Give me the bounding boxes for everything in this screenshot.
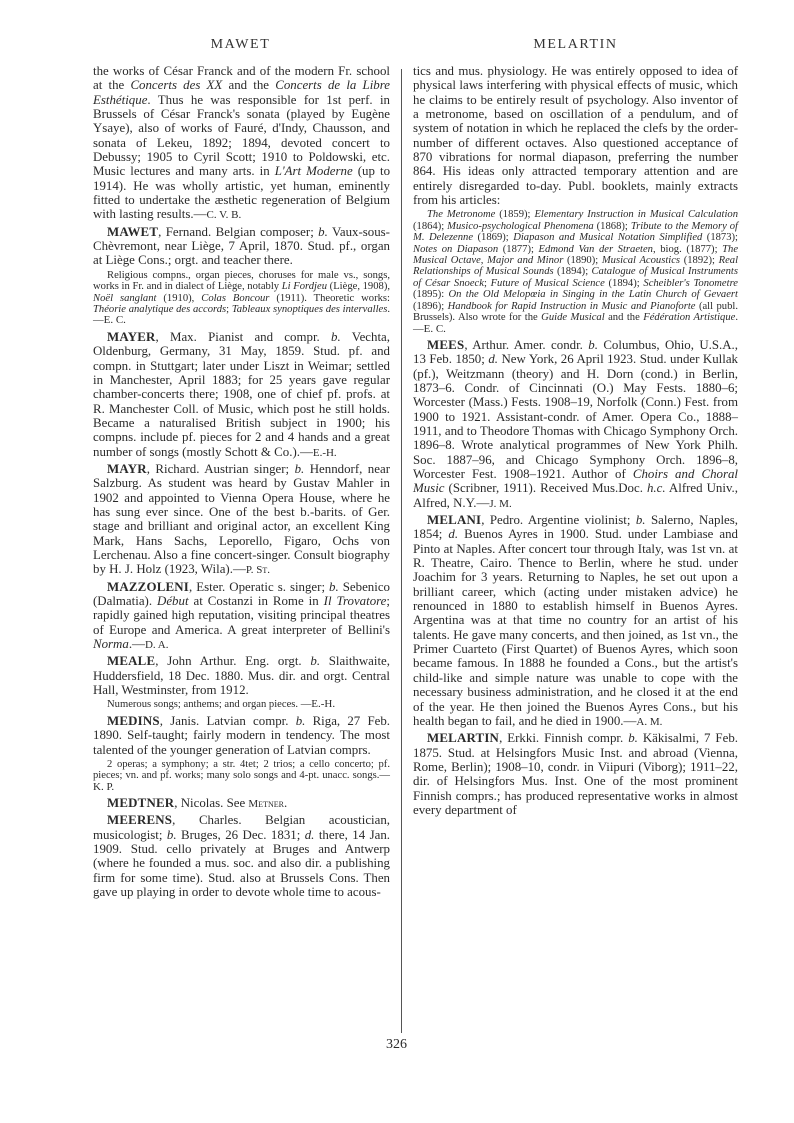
headword: MEERENS <box>107 813 172 827</box>
entry-mawet: MAWET, Fernand. Belgian composer; b. Vau… <box>93 225 390 268</box>
work-title: Fédération Artistique <box>643 312 735 323</box>
work-title: Diapason and Musical Notation Simplified <box>513 232 702 243</box>
entry-melartin: MELARTIN, Erkki. Finnish compr. b. Käkis… <box>413 731 738 817</box>
works-note-mawet: Religious compns., organ pieces, choruse… <box>93 270 390 327</box>
entry-meerens-maes-continued: the works of César Franck and of the mod… <box>93 64 390 223</box>
entry-mayr: MAYR, Richard. Austrian singer; b. Hennd… <box>93 462 390 578</box>
entry-mazzoleni: MAZZOLENI, Ester. Operatic s. singer; b.… <box>93 580 390 653</box>
column-divider <box>401 69 402 1033</box>
work-title: Guide Musical <box>541 312 604 323</box>
page-number: 326 <box>386 1037 407 1053</box>
headword: MELANI <box>427 513 481 527</box>
work-title: Musico-psychological Phenomena <box>447 221 594 232</box>
work-title: Musical Acoustics <box>602 255 680 266</box>
headword: MEDINS <box>107 714 160 728</box>
contributor-signature: P. St. <box>246 564 270 576</box>
entry-mees: MEES, Arthur. Amer. condr. b. Columbus, … <box>413 338 738 511</box>
entry-mayer: MAYER, Max. Pianist and compr. b. Vechta… <box>93 330 390 460</box>
running-head-right: MELARTIN <box>413 37 738 53</box>
headword: MEES <box>427 338 464 352</box>
cross-reference: Metner <box>248 798 284 810</box>
work-title: Handbook for Rapid Instruction in Music … <box>448 301 696 312</box>
contributor-signature: K. P. <box>93 781 114 793</box>
right-column: tics and mus. physiology. He was entirel… <box>413 64 738 819</box>
work-title: Scheibler's Tonometre <box>643 278 738 289</box>
entry-medtner: MEDTNER, Nicolas. See Metner. <box>93 796 390 811</box>
headword: MELARTIN <box>427 731 499 745</box>
work-title: The Metronome <box>427 209 495 220</box>
entry-meerens: MEERENS, Charles. Belgian acoustician, m… <box>93 813 390 899</box>
works-note-medins: 2 operas; a symphony; a str. 4tet; 2 tri… <box>93 759 390 793</box>
contributor-signature: C. V. B. <box>207 209 242 221</box>
works-note-meale: Numerous songs; anthems; and organ piece… <box>93 699 390 710</box>
work-title: Edmond Van der Straeten <box>539 244 653 255</box>
contributor-signature: E. C. <box>424 323 446 335</box>
entry-melani: MELANI, Pedro. Argentine violinist; b. S… <box>413 513 738 729</box>
entry-meerens-continued: tics and mus. physiology. He was entirel… <box>413 64 738 207</box>
work-title: Elementary Instruction in Musical Calcul… <box>534 209 738 220</box>
entry-medins: MEDINS, Janis. Latvian compr. b. Riga, 2… <box>93 714 390 757</box>
contributor-signature: E.-H. <box>313 447 337 459</box>
headword: MAYER <box>107 330 156 344</box>
contributor-signature: A. M. <box>636 716 662 728</box>
headword: MAWET <box>107 225 158 239</box>
works-note-meerens: The Metronome (1859); Elementary Instruc… <box>413 209 738 334</box>
headword: MEDTNER <box>107 796 174 810</box>
headword: MAZZOLENI <box>107 580 189 594</box>
contributor-signature: E.-H. <box>311 698 335 710</box>
headword: MAYR <box>107 462 147 476</box>
work-title: Notes on Diapason <box>413 244 498 255</box>
contributor-signature: E. C. <box>104 314 126 326</box>
entry-meale: MEALE, John Arthur. Eng. orgt. b. Slaith… <box>93 654 390 697</box>
contributor-signature: D. A. <box>145 639 169 651</box>
contributor-signature: J. M. <box>489 498 511 510</box>
work-title: On the Old Melopœia in Singing in the La… <box>449 289 739 300</box>
running-head-left: MAWET <box>93 37 388 53</box>
left-column: the works of César Franck and of the mod… <box>93 64 390 902</box>
work-title: Future of Musical Science <box>491 278 605 289</box>
headword: MEALE <box>107 654 155 668</box>
